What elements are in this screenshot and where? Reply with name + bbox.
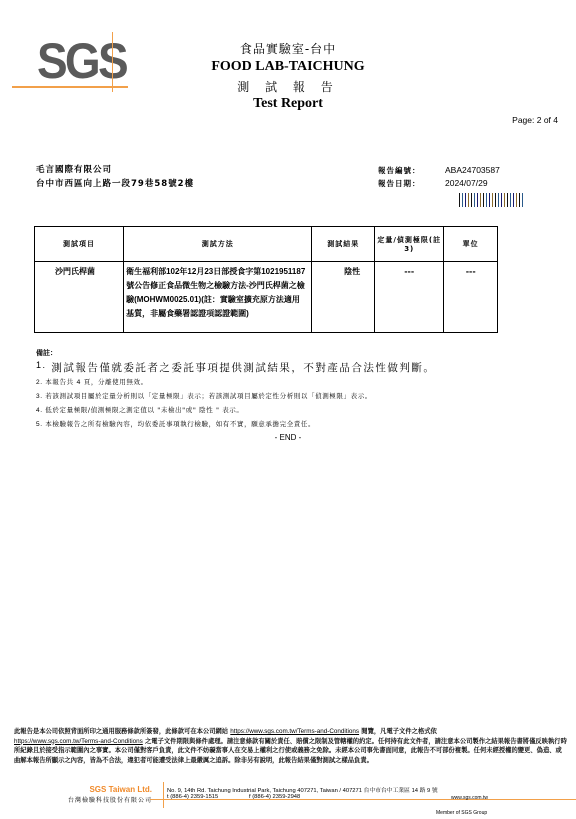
remark-number: 5.: [36, 421, 43, 428]
cell-item: 沙門氏桿菌: [35, 262, 124, 333]
col-header-method: 測試方法: [124, 227, 312, 262]
terms-link[interactable]: https://www.sgs.com.tw/Terms-and-Conditi…: [230, 728, 359, 735]
lab-name-cn: 食品實驗室-台中: [150, 40, 426, 57]
table-header-row: 測試項目 測試方法 測試結果 定量/偵測極限(註3) 單位: [35, 227, 498, 262]
remark-note-5: 5. 本檢驗報告之所有檢驗內容，均依委託事項執行檢驗，如有不實，願意承擔完全責任…: [36, 419, 315, 428]
cell-method: 衛生福利部102年12月23日部授食字第1021951187號公告修正食品微生物…: [124, 262, 312, 333]
remark-text: 本檢驗報告之所有檢驗內容，均依委託事項執行檢驗，如有不實，願意承擔完全責任。: [45, 420, 315, 428]
lab-name-en: FOOD LAB-TAICHUNG: [150, 59, 426, 75]
cell-limit: ---: [375, 262, 444, 333]
footer-fax: f (886-4) 2359-2948: [249, 794, 300, 800]
cell-result: 陰性: [312, 262, 375, 333]
report-date-label: 報告日期：: [378, 178, 421, 189]
report-number-label: 報告編號：: [378, 165, 421, 176]
report-title-en: Test Report: [150, 96, 426, 112]
report-number: ABA24703587: [445, 165, 500, 175]
footer-address: No. 9, 14th Rd. Taichung Industrial Park…: [167, 785, 438, 794]
remark-note-1: 1. 測試報告僅就委託者之委託事項提供測試結果，不對產品合法性做判斷。: [36, 360, 435, 375]
col-header-unit: 單位: [444, 227, 498, 262]
sgs-logo: SGS: [37, 34, 137, 96]
terms-link-2[interactable]: https://www.sgs.com.tw/Terms-and-Conditi…: [14, 738, 143, 745]
barcode-icon: [459, 193, 539, 207]
report-date: 2024/07/29: [445, 178, 488, 188]
results-table: 測試項目 測試方法 測試結果 定量/偵測極限(註3) 單位 沙門氏桿菌 衛生福利…: [34, 226, 498, 333]
remark-number: 1.: [36, 360, 47, 370]
footer-phone: t (886-4) 2359-1515: [167, 794, 218, 800]
remark-number: 4.: [36, 407, 43, 414]
remark-text: 本報告共 4 頁，分離使用無效。: [45, 378, 147, 386]
remark-text: 若該測試項目屬於定量分析則以「定量極限」表示；若該測試項目屬於定性分析則以「偵測…: [45, 392, 372, 400]
remark-text: 測試報告僅就委託者之委託事項提供測試結果，不對產品合法性做判斷。: [51, 362, 435, 374]
disclaimer-text-2: 閱覽，凡電子文件之格式依: [359, 728, 437, 735]
footer-company-cn: 台灣檢驗科技股份有限公司: [0, 795, 152, 804]
end-marker: - END -: [0, 433, 576, 442]
remark-text: 低於定量極限/偵測極限之測定值以 "未檢出"或" 陰性 " 表示。: [45, 406, 243, 414]
disclaimer: 此報告是本公司依照背面所印之通用服務條款所簽發，此條款可在本公司網站 https…: [14, 727, 568, 765]
client-address: 台中市西區向上路一段79巷58號2樓: [36, 177, 194, 189]
logo-rule-horizontal: [12, 86, 128, 88]
remark-number: 3.: [36, 393, 43, 400]
footer-company-en: SGS Taiwan Ltd.: [0, 785, 152, 794]
client-name: 毛言國際有限公司: [36, 163, 112, 175]
col-header-result: 測試結果: [312, 227, 375, 262]
remark-note-4: 4. 低於定量極限/偵測極限之測定值以 "未檢出"或" 陰性 " 表示。: [36, 405, 244, 414]
remarks-title: 備註：: [36, 348, 57, 358]
logo-rule-vertical: [112, 32, 113, 92]
remark-note-3: 3. 若該測試項目屬於定量分析則以「定量極限」表示；若該測試項目屬於定性分析則以…: [36, 391, 372, 400]
col-header-limit: 定量/偵測極限(註3): [375, 227, 444, 262]
page-number: Page: 2 of 4: [512, 115, 558, 125]
footer-website-link[interactable]: www.sgs.com.tw: [451, 795, 488, 801]
table-row: 沙門氏桿菌 衛生福利部102年12月23日部授食字第1021951187號公告修…: [35, 262, 498, 333]
disclaimer-text-1: 此報告是本公司依照背面所印之通用服務條款所簽發，此條款可在本公司網站: [14, 728, 230, 735]
cell-unit: ---: [444, 262, 498, 333]
remark-note-2: 2. 本報告共 4 頁，分離使用無效。: [36, 377, 148, 386]
footer-member: Member of SGS Group: [436, 810, 487, 816]
remark-number: 2.: [36, 379, 43, 386]
col-header-item: 測試項目: [35, 227, 124, 262]
footer-divider-vertical: [163, 782, 164, 808]
report-title-cn: 測 試 報 告: [150, 78, 426, 95]
